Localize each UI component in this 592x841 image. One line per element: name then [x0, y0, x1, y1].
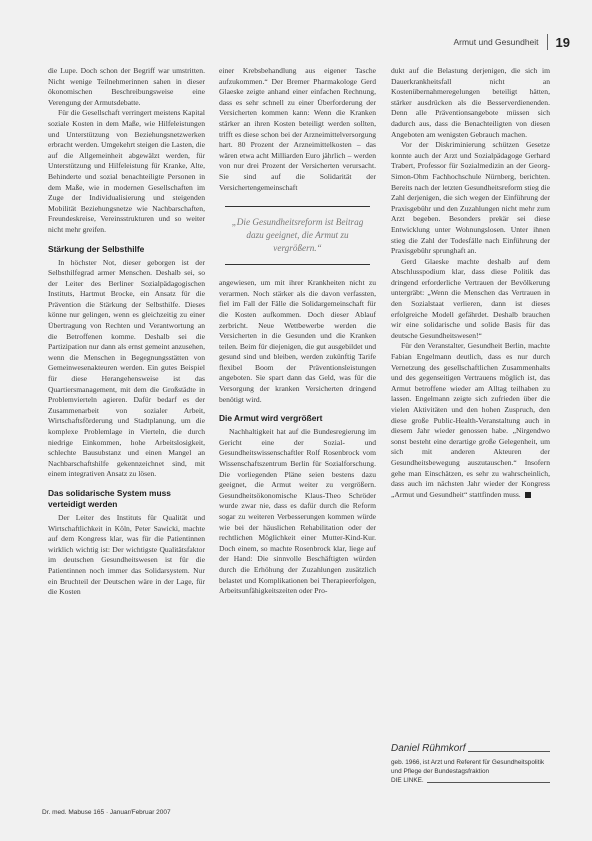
paragraph: Für die Gesellschaft verringert meistens… [48, 108, 205, 235]
divider [427, 782, 550, 783]
paragraph: Der Leiter des Instituts für Qualität un… [48, 513, 205, 598]
pull-quote: „Die Gesundheitsreform ist Beitrag dazu … [225, 206, 370, 265]
paragraph: Vor der Diskriminierung schützen Gesetze… [391, 140, 550, 257]
paragraph: Gerd Glaeske machte deshalb auf dem Absc… [391, 257, 550, 342]
paragraph: In höchster Not, dieser geborgen ist der… [48, 258, 205, 480]
section-heading: Die Armut wird vergrößert [219, 413, 376, 424]
article-column-2: einer Krebsbehandlung aus eigener Tasche… [219, 66, 376, 597]
author-bio-party: DIE LINKE. [391, 776, 424, 785]
paragraph: dukt auf die Belastung derjenigen, die s… [391, 66, 550, 140]
page-number: 19 [556, 35, 570, 50]
author-name-row: Daniel Rühmkorf [391, 743, 550, 754]
paragraph: Nachhaltigkeit hat auf die Bundesregieru… [219, 427, 376, 597]
paragraph: die Lupe. Doch schon der Begriff war ums… [48, 66, 205, 108]
article-column-3: dukt auf die Belastung derjenigen, die s… [391, 66, 550, 500]
paragraph: angewiesen, um mit ihrer Krankheiten nic… [219, 278, 376, 405]
section-heading: Stärkung der Selbsthilfe [48, 244, 205, 255]
paragraph-text: Für den Veranstalter, Gesundheit Berlin,… [391, 341, 550, 498]
author-bio-last-row: DIE LINKE. [391, 776, 550, 785]
header-divider [547, 34, 548, 50]
author-name: Daniel Rühmkorf [391, 743, 465, 754]
author-bio: geb. 1966, ist Arzt und Referent für Ges… [391, 758, 550, 785]
section-title: Armut und Gesundheit [453, 37, 538, 47]
page-footer: Dr. med. Mabuse 165 · Januar/Februar 200… [42, 809, 171, 816]
end-of-article-square-icon [525, 492, 531, 498]
article-column-1: die Lupe. Doch schon der Begriff war ums… [48, 66, 205, 598]
author-box: Daniel Rühmkorf geb. 1966, ist Arzt und … [391, 743, 550, 785]
section-heading: Das solidarische System muss verteidigt … [48, 488, 205, 510]
page-header: Armut und Gesundheit 19 [453, 34, 570, 50]
author-bio-text: geb. 1966, ist Arzt und Referent für Ges… [391, 758, 550, 776]
paragraph: einer Krebsbehandlung aus eigener Tasche… [219, 66, 376, 193]
divider [468, 751, 550, 752]
paragraph: Für den Veranstalter, Gesundheit Berlin,… [391, 341, 550, 500]
